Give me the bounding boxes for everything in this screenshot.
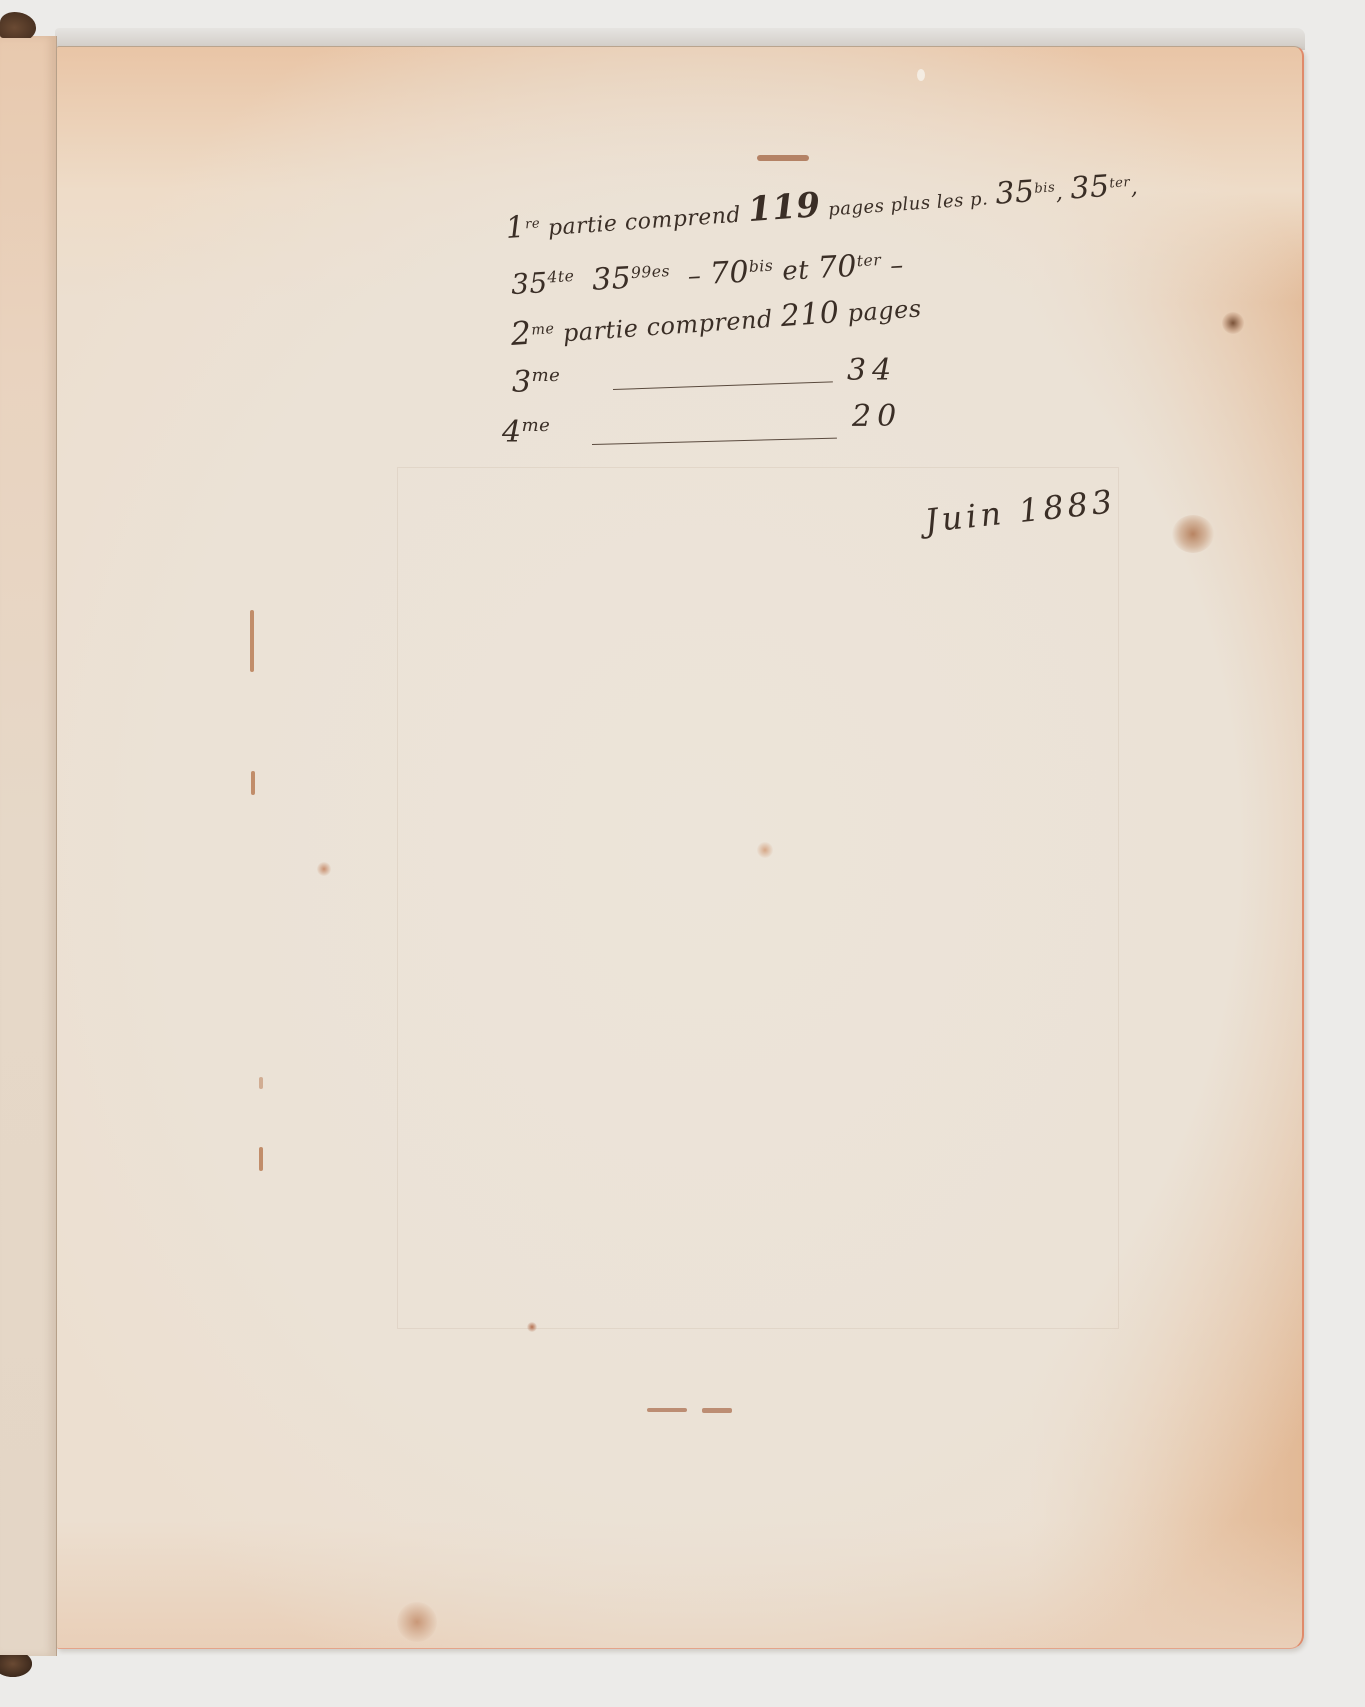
stitching-hole [250,610,254,672]
foxing-spot [917,69,925,81]
annotation-line-1: 1re partie comprend 119 pages plus les p… [504,163,1139,247]
page-count: 210 [780,295,841,334]
page-ref-suffix: bis [748,257,773,276]
ink-mark [757,155,809,161]
ordinal: 3 [512,365,532,400]
ditto-line [613,381,833,390]
ordinal-suffix: re [525,216,541,232]
leather-cover-fragment-bottom [0,1655,32,1677]
conjunction: et [782,255,810,286]
dash: – [687,261,702,292]
page-ref: 35 [510,266,548,301]
ink-mark [702,1408,732,1413]
phrase: partie comprend [562,305,774,348]
page-ref: 70 [817,249,858,286]
annotation-line-4-count: 34 [847,353,897,388]
foxing-spot [1172,515,1214,553]
ordinal-suffix: me [531,321,555,339]
ordinal-suffix: me [522,415,551,436]
stitching-hole [251,771,255,795]
phrase: partie comprend [547,203,742,241]
ordinal: 2 [509,314,532,353]
annotation-line-4: 3me [512,365,560,400]
annotation-line-5-count: 20 [852,399,902,434]
phrase: pages plus les p. [828,188,989,220]
page-ref-suffix: 99es [630,262,670,282]
page-ref: 70 [709,255,750,292]
ordinal-suffix: me [532,365,561,386]
page-count: 20 [852,399,902,434]
stitching-hole [259,1147,263,1171]
manuscript-page: 1re partie comprend 119 pages plus les p… [57,46,1304,1649]
foxing-spot [1222,312,1244,334]
page-count: 119 [747,185,822,230]
page-ref-suffix: 4te [547,267,575,286]
page-ref: 35 [1069,169,1111,207]
plate-mark [397,467,1119,1329]
book-binding-strip [0,36,57,1656]
ordinal: 1 [504,210,526,246]
dash: – [889,250,904,281]
annotation-line-5: 4me [502,415,550,450]
foxing-spot [757,842,773,858]
foxing-spot [397,1602,437,1642]
phrase: pages [847,294,923,327]
foxing-spot [317,862,331,876]
foxing-spot [527,1322,537,1332]
page-ref: 35 [994,174,1036,212]
page-ref-suffix: bis [1034,180,1056,196]
ordinal: 4 [502,415,522,450]
page-ref: 35 [591,261,632,298]
ink-mark [647,1408,687,1412]
stitching-hole [259,1077,263,1089]
page-count: 34 [847,353,897,388]
page-ref-suffix: ter [856,251,881,270]
leather-cover-fragment-top [0,12,36,38]
page-ref-suffix: ter [1109,175,1131,191]
ditto-line [592,438,837,445]
